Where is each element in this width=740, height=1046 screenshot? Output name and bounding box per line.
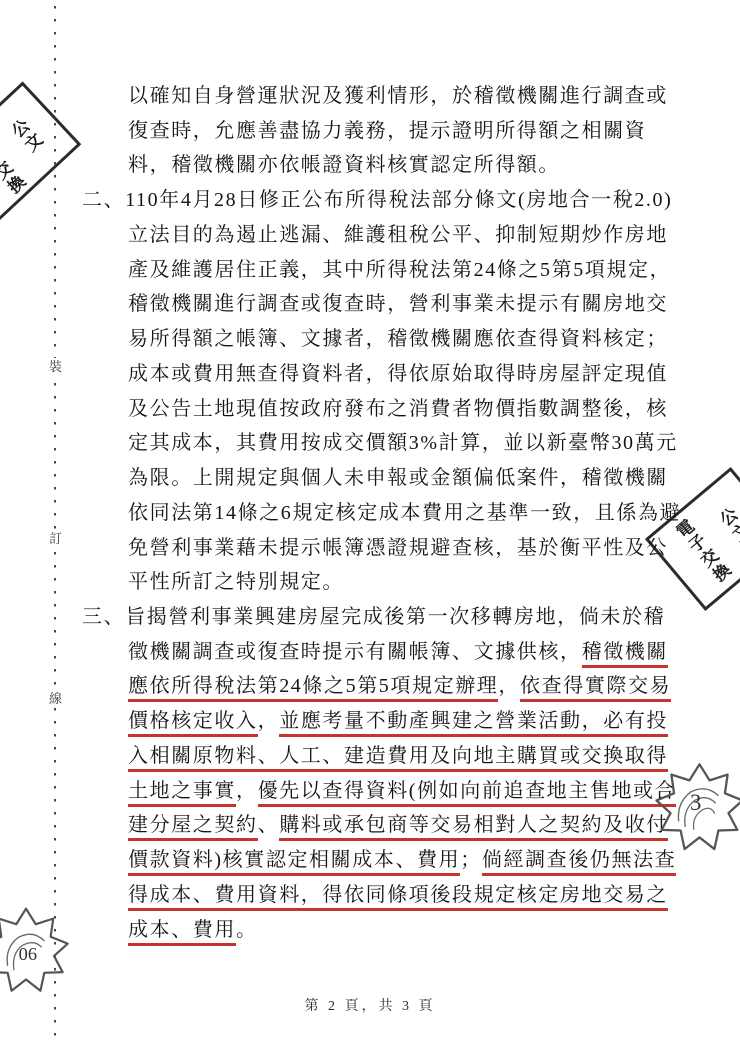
document-line: 價款資料)核實認定相關成本、費用；倘經調查後仍無法查: [128, 843, 682, 878]
text-segment: ，: [498, 675, 520, 697]
red-underlined-text: 入相關原物料、人工、建造費用及向地主購買或交換取得: [128, 745, 668, 772]
text-segment: 定其成本，其費用按成交價額3%計算，並以新臺幣30萬元: [128, 432, 678, 454]
text-segment: 料，稽徵機關亦依帳證資料核實認定所得額。: [128, 154, 560, 176]
red-underlined-text: 建分屋之契約: [128, 814, 258, 841]
stamp-text-column: 公文: [7, 117, 45, 156]
document-line: 成本或費用無查得資料者，得依原始取得時房屋評定現值: [128, 357, 682, 392]
document-line: 三、旨揭營利事業興建房屋完成後第一次移轉房地，倘未於稽: [82, 600, 682, 635]
document-line: 二、110年4月28日修正公布所得稅法部分條文(房地合一稅2.0): [82, 183, 682, 218]
document-line: 復查時，允應善盡協力義務，提示證明所得額之相關資: [128, 114, 682, 149]
text-segment: 為限。上開規定與個人未申報或金額偏低案件，稽徵機關: [128, 467, 668, 489]
text-segment: 三、旨揭營利事業興建房屋完成後第一次移轉房地，倘未於稽: [82, 606, 665, 628]
document-line: 得成本、費用資料，得依同條項後段規定核定房地交易之: [128, 878, 682, 913]
embossed-seal-bottom-right: 3: [652, 758, 740, 858]
document-line: 應依所得稅法第24條之5第5項規定辦理，依查得實際交易: [128, 669, 682, 704]
binding-mark-xian: 線: [47, 690, 64, 707]
red-underlined-text: 並應考量不動產興建之營業活動，必有投: [279, 710, 668, 737]
document-page: 裝 訂 線 電子交換 公文 電子交換 公文 以確知自身營運狀況及獲利情形，於稽徵…: [0, 0, 740, 1046]
document-line: 及公告土地現值按政府發布之消費者物價指數調整後，核: [128, 392, 682, 427]
document-line: 定其成本，其費用按成交價額3%計算，並以新臺幣30萬元: [128, 426, 682, 461]
text-segment: 以確知自身營運狀況及獲利情形，於稽徵機關進行調查或: [128, 85, 668, 107]
text-segment: 立法目的為遏止逃漏、維護租稅公平、抑制短期炒作房地: [128, 224, 668, 246]
document-line: 土地之事實，優先以查得資料(例如向前追查地主售地或合: [128, 774, 682, 809]
body-text: 以確知自身營運狀況及獲利情形，於稽徵機關進行調查或復查時，允應善盡協力義務，提示…: [82, 79, 682, 947]
text-segment: 徵機關調查或復查時提示有關帳簿、文據供核，: [128, 641, 582, 663]
text-segment: 復查時，允應善盡協力義務，提示證明所得額之相關資: [128, 120, 646, 142]
text-segment: 產及維護居住正義，其中所得稅法第24條之5第5項規定，: [128, 259, 671, 281]
document-line: 產及維護居住正義，其中所得稅法第24條之5第5項規定，: [128, 253, 682, 288]
red-underlined-text: 應依所得稅法第24條之5第5項規定辦理: [128, 675, 498, 702]
document-line: 建分屋之契約、購料或承包商等交易相對人之契約及收付: [128, 808, 682, 843]
document-line: 徵機關調查或復查時提示有關帳簿、文據供核，稽徵機關: [128, 635, 682, 670]
document-line: 為限。上開規定與個人未申報或金額偏低案件，稽徵機關: [128, 461, 682, 496]
text-segment: 易所得額之帳簿、文據者，稽徵機關應依查得資料核定；: [128, 328, 668, 350]
text-segment: 、: [258, 814, 280, 836]
document-line: 價格核定收入，並應考量不動產興建之營業活動，必有投: [128, 704, 682, 739]
text-segment: 二、110年4月28日修正公布所得稅法部分條文(房地合一稅2.0): [82, 189, 672, 211]
red-underlined-text: 價格核定收入: [128, 710, 258, 737]
binding-mark-ding: 訂: [47, 530, 64, 547]
document-line: 立法目的為遏止逃漏、維護租稅公平、抑制短期炒作房地: [128, 218, 682, 253]
document-line: 成本、費用。: [128, 913, 682, 948]
red-underlined-text: 得成本、費用資料，得依同條項後段規定核定房地交易之: [128, 884, 668, 911]
embossed-seal-bottom-left: 06: [0, 903, 72, 999]
red-underlined-text: 價款資料)核實認定相關成本、費用: [128, 849, 460, 876]
text-segment: 及公告土地現值按政府發布之消費者物價指數調整後，核: [128, 398, 668, 420]
red-underlined-text: 購料或承包商等交易相對人之契約及收付: [279, 814, 668, 841]
red-underlined-text: 依查得實際交易: [520, 675, 671, 702]
document-line: 稽徵機關進行調查或復查時，營利事業未提示有關房地交: [128, 287, 682, 322]
electronic-exchange-stamp-top-left: 電子交換 公文: [0, 81, 81, 220]
text-segment: 平性所訂之特別規定。: [128, 571, 344, 593]
document-line: 免營利事業藉未提示帳簿憑證規避查核，基於衡平性及公: [128, 531, 682, 566]
document-line: 以確知自身營運狀況及獲利情形，於稽徵機關進行調查或: [128, 79, 682, 114]
text-segment: 依同法第14條之6規定核定成本費用之基準一致，且係為避: [128, 502, 681, 524]
text-segment: 。: [236, 919, 258, 941]
binding-mark-zhuang: 裝: [47, 358, 64, 375]
document-line: 料，稽徵機關亦依帳證資料核實認定所得額。: [128, 148, 682, 183]
text-segment: ；: [460, 849, 482, 871]
document-line: 依同法第14條之6規定核定成本費用之基準一致，且係為避: [128, 496, 682, 531]
document-line: 平性所訂之特別規定。: [128, 565, 682, 600]
red-underlined-text: 優先以查得資料(例如向前追查地主售地或合: [258, 780, 677, 807]
red-underlined-text: 土地之事實: [128, 780, 236, 807]
page-number-footer: 第 2 頁，共 3 頁: [0, 995, 740, 1015]
seal-number: 3: [690, 790, 701, 815]
text-segment: 免營利事業藉未提示帳簿憑證規避查核，基於衡平性及公: [128, 537, 668, 559]
text-segment: 稽徵機關進行調查或復查時，營利事業未提示有關房地交: [128, 293, 668, 315]
red-underlined-text: 稽徵機關: [582, 641, 668, 668]
text-segment: 成本或費用無查得資料者，得依原始取得時房屋評定現值: [128, 363, 668, 385]
red-underlined-text: 倘經調查後仍無法查: [482, 849, 676, 876]
document-line: 入相關原物料、人工、建造費用及向地主購買或交換取得: [128, 739, 682, 774]
seal-number: 06: [19, 944, 37, 964]
stamp-text-column: 公文: [715, 506, 740, 546]
document-line: 易所得額之帳簿、文據者，稽徵機關應依查得資料核定；: [128, 322, 682, 357]
text-segment: ，: [258, 710, 280, 732]
text-segment: ，: [236, 780, 258, 802]
red-underlined-text: 成本、費用: [128, 919, 236, 946]
